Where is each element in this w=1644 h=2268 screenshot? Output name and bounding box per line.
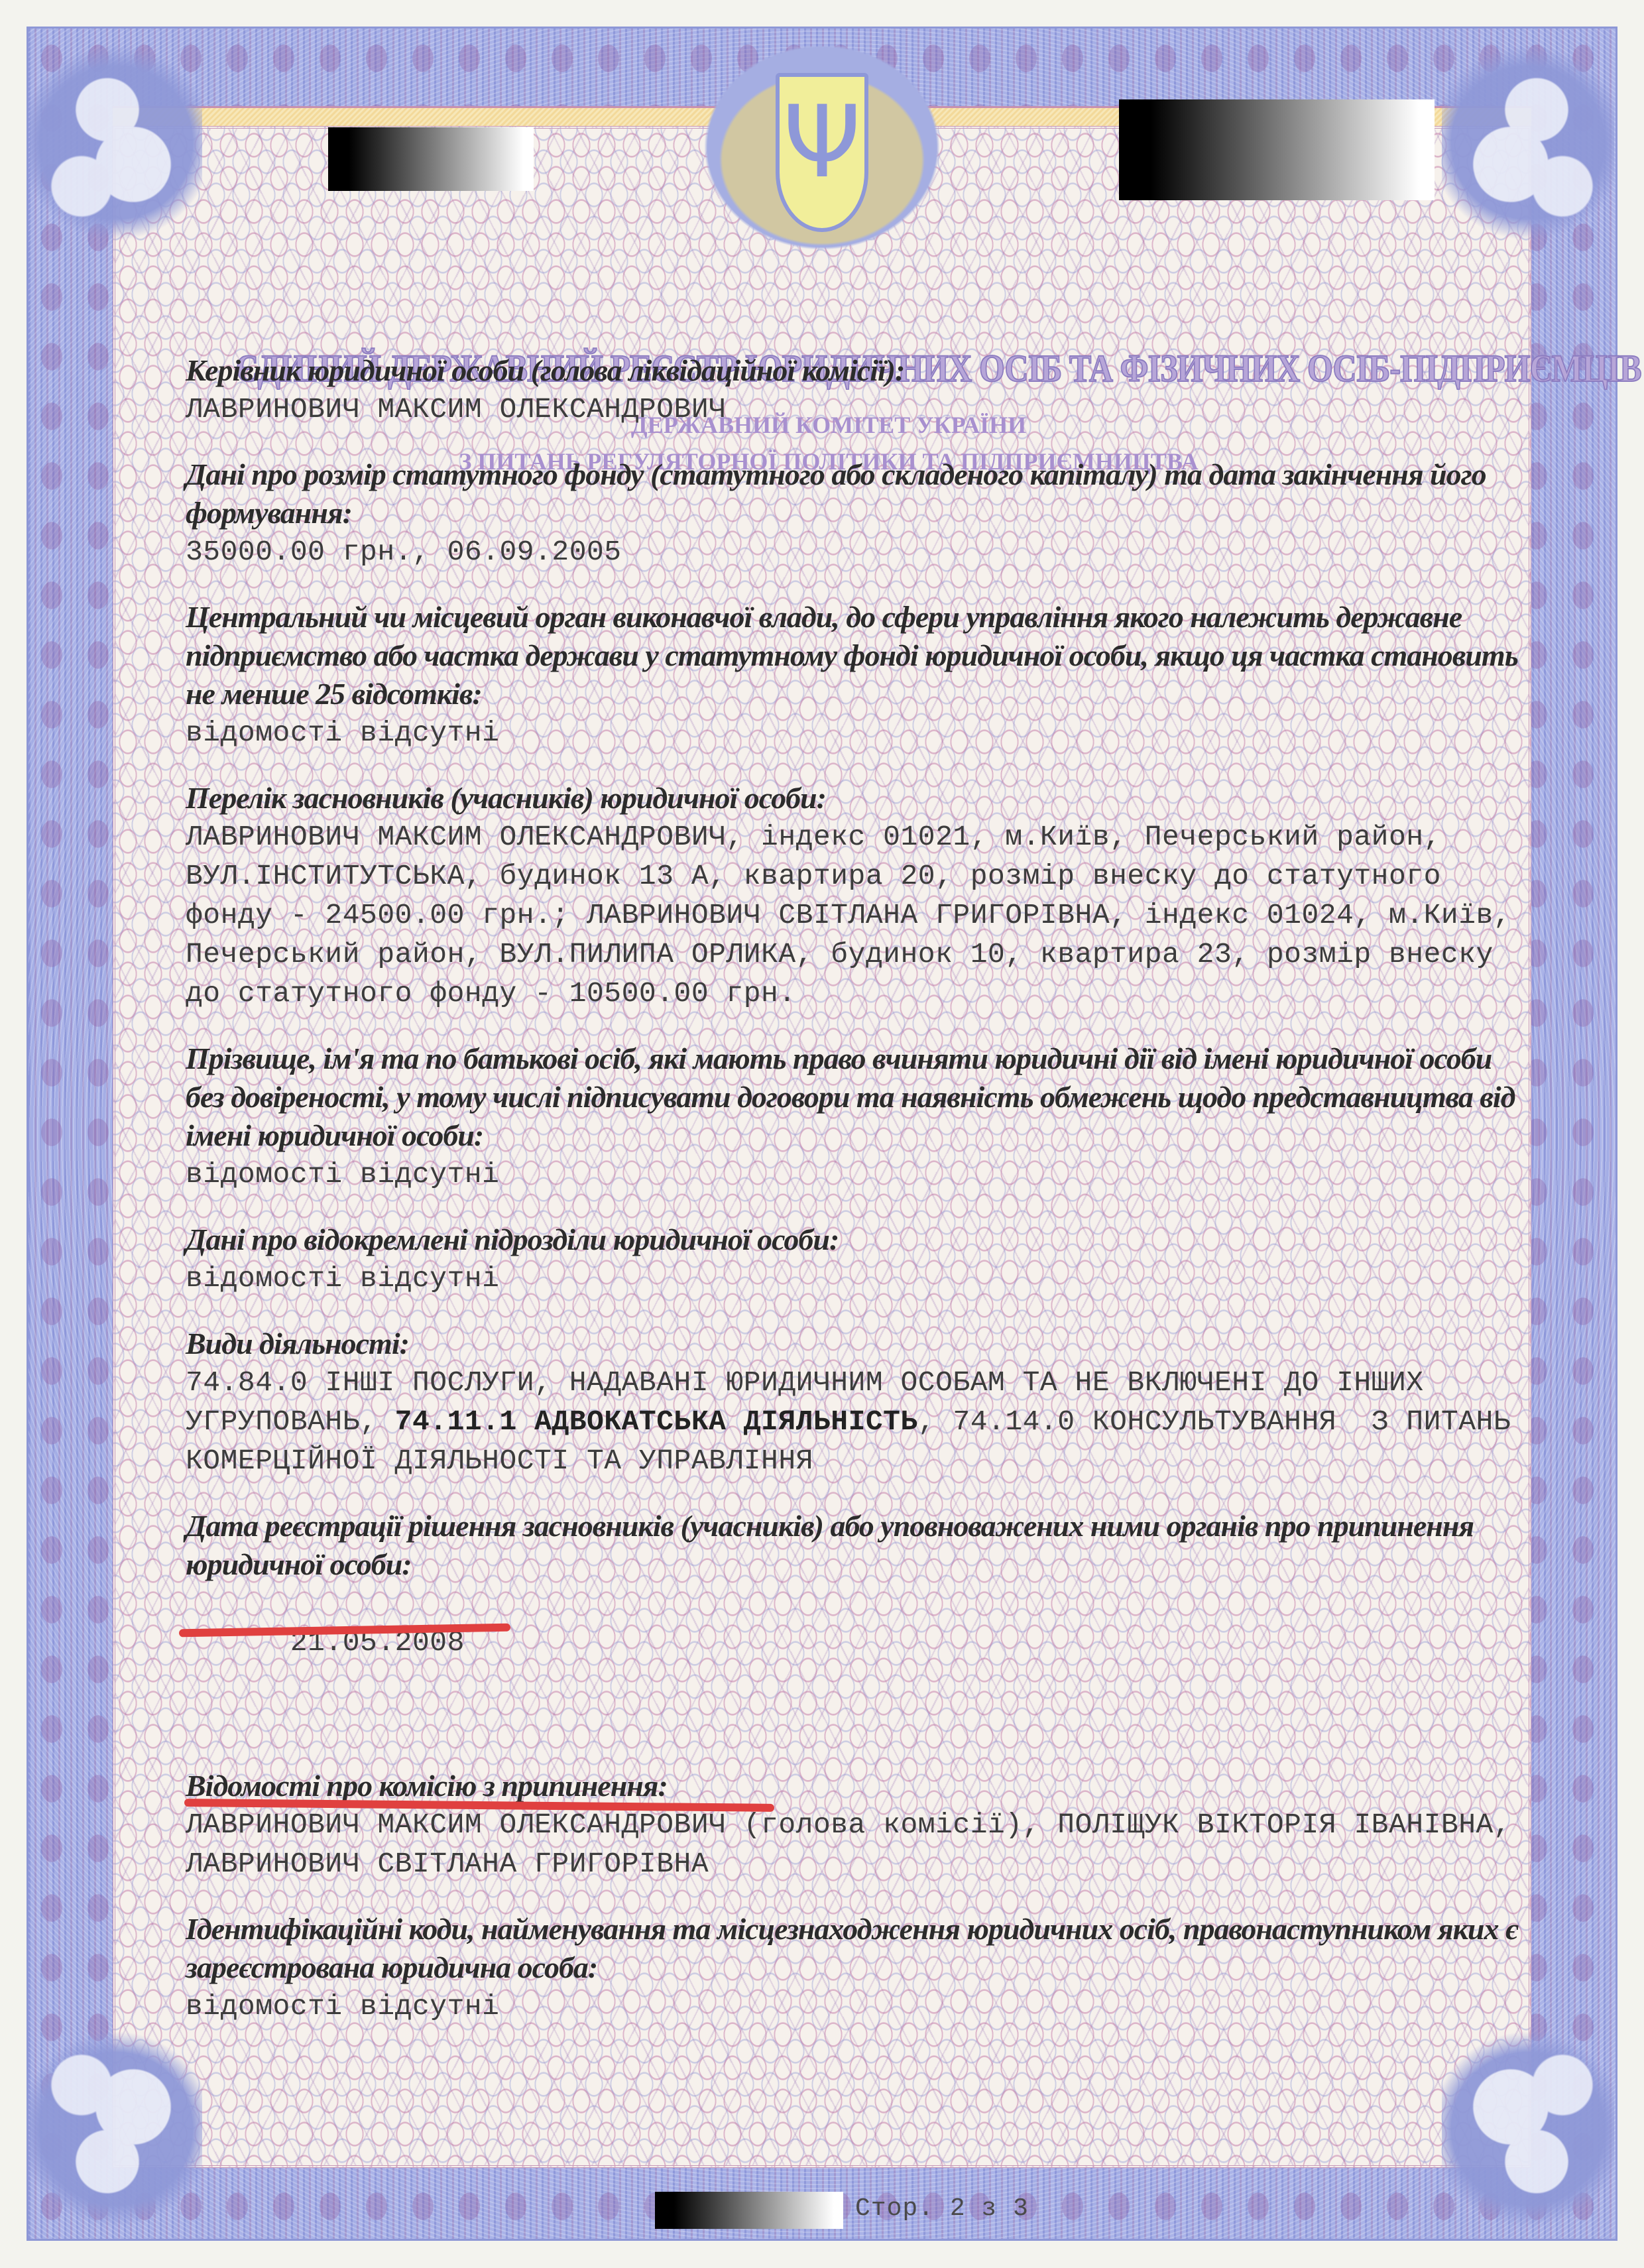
field-label: Прізвище, ім'я та по батькові осіб, які … (186, 1040, 1525, 1155)
field-label: Керівник юридичної особи (голова ліквіда… (186, 351, 1525, 390)
coat-of-arms-emblem: Ψ (656, 46, 988, 298)
section-termination-date: Дата реєстрації рішення засновників (уча… (186, 1507, 1525, 1740)
section-charter-fund: Дані про розмір статутного фонду (статут… (186, 455, 1525, 571)
section-activities: Види діяльності: 74.84.0 ІНШІ ПОСЛУГИ, Н… (186, 1325, 1525, 1480)
section-authorized-persons: Прізвище, ім'я та по батькові осіб, які … (186, 1040, 1525, 1194)
field-value: відомості відсутні (186, 1155, 1525, 1194)
document-body: Керівник юридичної особи (голова ліквіда… (186, 351, 1525, 2053)
field-value: відомості відсутні (186, 1259, 1525, 1298)
field-label: Перелік засновників (учасників) юридично… (186, 779, 1525, 817)
redaction-block (655, 2192, 843, 2229)
field-value: ЛАВРИНОВИЧ МАКСИМ ОЛЕКСАНДРОВИЧ (голова … (186, 1805, 1525, 1883)
field-label: Ідентифікаційні коди, найменування та мі… (186, 1910, 1525, 1987)
field-label: Центральний чи місцевий орган виконавчої… (186, 598, 1525, 713)
field-value: ЛАВРИНОВИЧ МАКСИМ ОЛЕКСАНДРОВИЧ (186, 390, 1525, 429)
redaction-block (328, 127, 534, 191)
field-value: відомості відсутні (186, 1987, 1525, 2026)
corner-ornament-icon (30, 2019, 202, 2238)
section-executive-authority: Центральний чи місцевий орган виконавчої… (186, 598, 1525, 752)
field-label: Дані про розмір статутного фонду (статут… (186, 455, 1525, 532)
section-founders: Перелік засновників (учасників) юридично… (186, 779, 1525, 1013)
highlighted-activity: 74.11.1 АДВОКАТСЬКА ДІЯЛЬНІСТЬ (395, 1405, 918, 1438)
field-value: відомості відсутні (186, 713, 1525, 752)
redaction-block (1119, 99, 1435, 200)
field-value: 74.84.0 ІНШІ ПОСЛУГИ, НАДАВАНІ ЮРИДИЧНИМ… (186, 1363, 1525, 1480)
field-value: 21.05.2008 (186, 1584, 1525, 1740)
corner-ornament-icon (1442, 33, 1614, 252)
corner-ornament-icon (30, 33, 202, 252)
field-label: Дані про відокремлені підрозділи юридичн… (186, 1221, 1525, 1259)
section-legal-successors: Ідентифікаційні коди, найменування та мі… (186, 1910, 1525, 2026)
page-number: Стор. 2 з 3 (855, 2194, 1029, 2223)
section-head-of-entity: Керівник юридичної особи (голова ліквіда… (186, 351, 1525, 429)
field-label: Види діяльності: (186, 1325, 1525, 1363)
section-branches: Дані про відокремлені підрозділи юридичн… (186, 1221, 1525, 1298)
field-label: Дата реєстрації рішення засновників (уча… (186, 1507, 1525, 1584)
section-termination-commission: Відомості про комісію з припинення: ЛАВР… (186, 1767, 1525, 1883)
field-label: Відомості про комісію з припинення: (186, 1767, 1525, 1805)
field-value: ЛАВРИНОВИЧ МАКСИМ ОЛЕКСАНДРОВИЧ, індекс … (186, 817, 1525, 1013)
trident-icon: Ψ (656, 93, 988, 192)
field-value: 35000.00 грн., 06.09.2005 (186, 532, 1525, 571)
commission-label: Відомості про комісію з припинення: (186, 1769, 668, 1803)
